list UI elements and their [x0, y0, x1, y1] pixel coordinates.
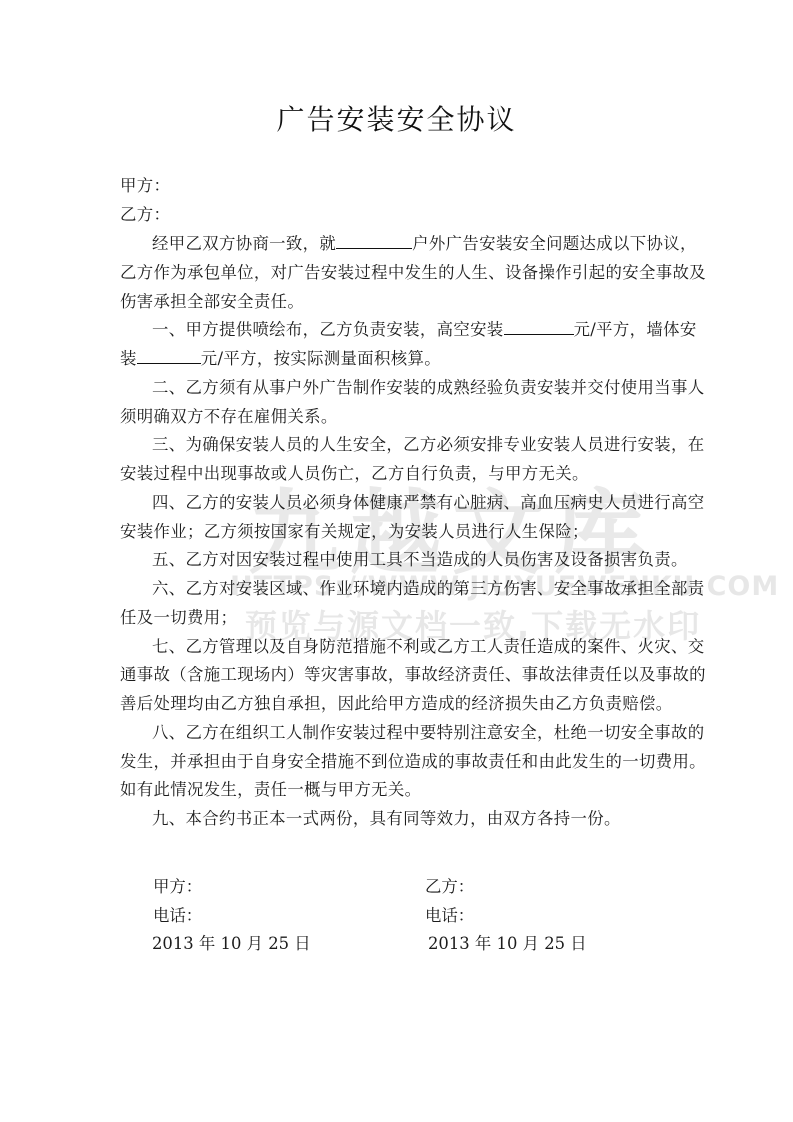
clause-7-line-1: 七、乙方管理以及自身防范措施不利或乙方工人责任造成的案件、火灾、交 — [152, 637, 676, 657]
project-name-blank[interactable] — [336, 234, 412, 249]
intro-line-1: 经甲乙双方协商一致，就户外广告安装安全问题达成以下协议， — [152, 234, 676, 254]
clause-5-line-1: 五、乙方对因安装过程中使用工具不当造成的人员伤害及设备损害负责。 — [152, 550, 676, 570]
clause-8-line-3: 如有此情况发生，责任一概与甲方无关。 — [120, 780, 676, 800]
clause-3-line-2: 安装过程中出现事故或人员伤亡，乙方自行负责，与甲方无关。 — [120, 464, 676, 484]
clause-6-line-1: 六、乙方对安装区域、作业环境内造成的第三方伤害、安全事故承担全部责 — [152, 579, 676, 599]
high-altitude-price-blank[interactable] — [504, 320, 574, 335]
clause-2-line-2: 须明确双方不存在雇佣关系。 — [120, 407, 676, 427]
clause-9-line-1: 九、本合约书正本一式两份，具有同等效力，由双方各持一份。 — [152, 809, 676, 829]
document-title: 广告安装安全协议 — [0, 98, 793, 138]
clause-6-line-2: 任及一切费用； — [120, 608, 676, 628]
signature-party-b-date: 2013 年 10 月 25 日 — [428, 934, 587, 954]
signature-party-b-phone: 电话： — [425, 906, 474, 926]
signature-party-a-date: 2013 年 10 月 25 日 — [152, 934, 311, 954]
intro-line-3: 伤害承担全部安全责任。 — [120, 292, 676, 312]
wall-price-blank[interactable] — [137, 349, 201, 364]
signature-party-a-phone: 电话： — [153, 906, 202, 926]
document-page: 九越文库 HTTPS://WWW.JIUYUEWENKU.COM 预览与源文档一… — [0, 0, 793, 1122]
clause-7-line-3: 善后处理均由乙方独自承担，因此给甲方造成的经济损失由乙方负责赔偿。 — [120, 694, 676, 714]
clause-1-line-2: 装元/平方，按实际测量面积核算。 — [120, 349, 676, 369]
clause-8-line-1: 八、乙方在组织工人制作安装过程中要特别注意安全，杜绝一切安全事故的 — [152, 723, 676, 743]
clause-2-line-1: 二、乙方须有从事户外广告制作安装的成熟经验负责安装并交付使用当事人 — [152, 378, 676, 398]
clause-4-line-2: 安装作业；乙方须按国家有关规定，为安装人员进行人生保险； — [120, 522, 676, 542]
clause-8-line-2: 发生，并承担由于自身安全措施不到位造成的事故责任和由此发生的一切费用。 — [120, 752, 676, 772]
intro-line-2: 乙方作为承包单位，对广告安装过程中发生的人生、设备操作引起的安全事故及 — [120, 263, 676, 283]
document-body: 广告安装安全协议 甲方： 乙方： 经甲乙双方协商一致，就户外广告安装安全问题达成… — [0, 0, 793, 1122]
clause-1-unit: 元/平方，墙体安 — [574, 320, 697, 339]
party-a-label: 甲方： — [120, 176, 676, 196]
signature-party-a-label: 甲方： — [153, 877, 202, 897]
clause-4-line-1: 四、乙方的安装人员必须身体健康严禁有心脏病、高血压病史人员进行高空 — [152, 493, 676, 513]
intro-text-after-blank: 户外广告安装安全问题达成以下协议， — [412, 234, 697, 253]
clause-3-line-1: 三、为确保安装人员的人生安全，乙方必须安排专业安装人员进行安装，在 — [152, 435, 676, 455]
clause-1-unit-2: 元/平方，按实际测量面积核算。 — [201, 349, 441, 368]
party-b-label: 乙方： — [120, 205, 676, 225]
signature-party-b-label: 乙方： — [425, 877, 474, 897]
clause-1-text-2: 装 — [120, 349, 137, 368]
clause-1-line-1: 一、甲方提供喷绘布，乙方负责安装，高空安装元/平方，墙体安 — [152, 320, 676, 340]
clause-1-text: 一、甲方提供喷绘布，乙方负责安装，高空安装 — [152, 320, 504, 339]
intro-text-before-blank: 经甲乙双方协商一致，就 — [152, 234, 336, 253]
clause-7-line-2: 通事故（含施工现场内）等灾害事故，事故经济责任、事故法律责任以及事故的 — [120, 665, 676, 685]
